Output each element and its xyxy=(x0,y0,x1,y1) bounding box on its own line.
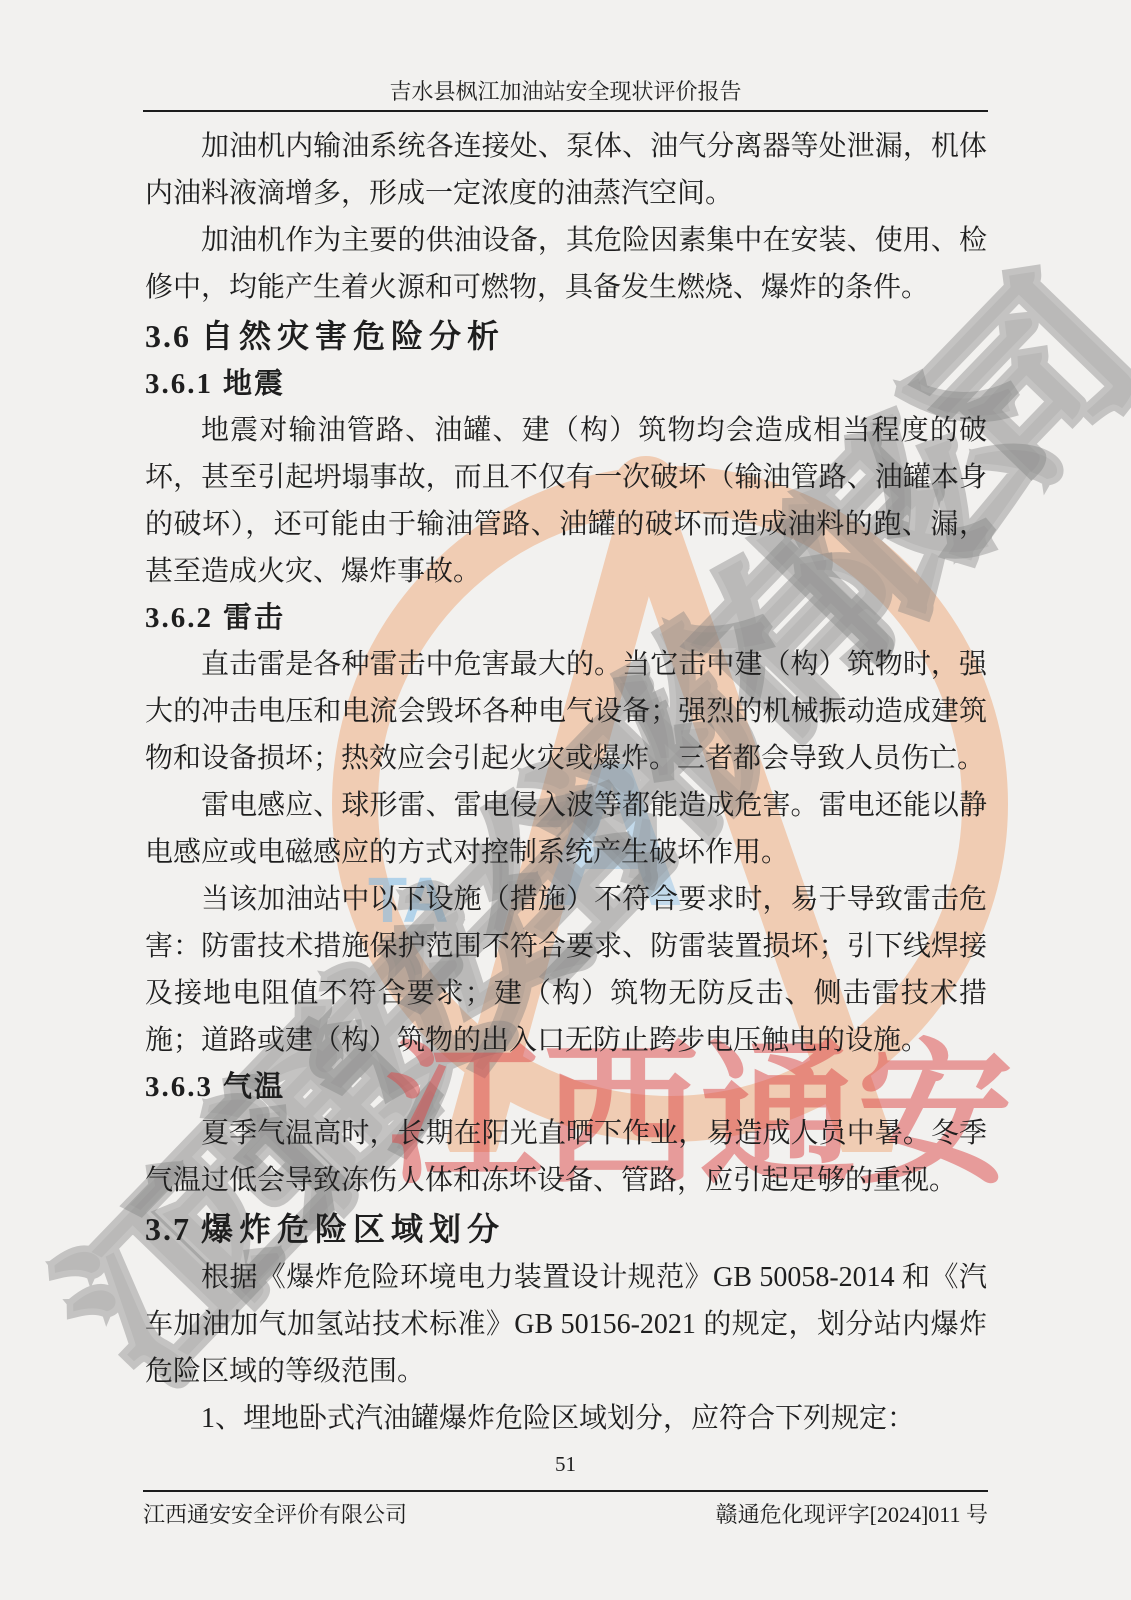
document-body: 加油机内输油系统各连接处、泵体、油气分离器等处泄漏，机体内油料液滴增多，形成一定… xyxy=(145,123,987,1442)
page-number: 51 xyxy=(0,1452,1131,1477)
paragraph: 1、埋地卧式汽油罐爆炸危险区域划分，应符合下列规定： xyxy=(145,1395,987,1442)
paragraph: 当该加油站中以下设施（措施）不符合要求时，易于导致雷击危害：防雷技术措施保护范围… xyxy=(145,876,987,1064)
heading-number: 3.6.2 xyxy=(145,602,213,634)
paragraph: 加油机内输油系统各连接处、泵体、油气分离器等处泄漏，机体内油料液滴增多，形成一定… xyxy=(145,123,987,217)
section-heading-3.6.1: 3.6.1地震 xyxy=(145,361,987,407)
heading-number: 3.6.1 xyxy=(145,368,213,400)
section-heading-3.6.2: 3.6.2雷击 xyxy=(145,595,987,641)
paragraph: 地震对输油管路、油罐、建（构）筑物均会造成相当程度的破坏，甚至引起坍塌事故，而且… xyxy=(145,407,987,595)
paragraph: 加油机作为主要的供油设备，其危险因素集中在安装、使用、检修中，均能产生着火源和可… xyxy=(145,217,987,311)
footer-company: 江西通安安全评价有限公司 xyxy=(143,1498,407,1529)
section-heading-3.7: 3.7爆炸危险区域划分 xyxy=(145,1204,987,1254)
page-footer: 江西通安安全评价有限公司 赣通危化现评字[2024]011 号 xyxy=(143,1490,988,1529)
heading-number: 3.7 xyxy=(145,1211,191,1247)
page-header-title: 吉水县枫江加油站安全现状评价报告 xyxy=(143,74,988,112)
section-heading-3.6: 3.6自然灾害危险分析 xyxy=(145,311,987,361)
heading-label: 雷击 xyxy=(223,602,285,634)
paragraph: 直击雷是各种雷击中危害最大的。当它击中建（构）筑物时，强大的冲击电压和电流会毁坏… xyxy=(145,641,987,782)
section-heading-3.6.3: 3.6.3气温 xyxy=(145,1064,987,1110)
paragraph: 根据《爆炸危险环境电力装置设计规范》GB 50058-2014 和《汽车加油加气… xyxy=(145,1254,987,1395)
paragraph: 夏季气温高时，长期在阳光直晒下作业，易造成人员中暑。冬季气温过低会导致冻伤人体和… xyxy=(145,1110,987,1204)
heading-label: 自然灾害危险分析 xyxy=(201,318,505,354)
text-layer: 吉水县枫江加油站安全现状评价报告 加油机内输油系统各连接处、泵体、油气分离器等处… xyxy=(0,0,1131,1600)
heading-label: 爆炸危险区域划分 xyxy=(201,1211,505,1247)
heading-number: 3.6 xyxy=(145,318,191,354)
heading-label: 地震 xyxy=(223,368,285,400)
heading-number: 3.6.3 xyxy=(145,1071,213,1103)
document-page: A TA 江西通安安全评价有限公司 江西通安 吉水县枫江加油站安全现状评价报告 … xyxy=(0,0,1131,1600)
heading-label: 气温 xyxy=(223,1071,285,1103)
paragraph: 雷电感应、球形雷、雷电侵入波等都能造成危害。雷电还能以静电感应或电磁感应的方式对… xyxy=(145,782,987,876)
footer-doc-number: 赣通危化现评字[2024]011 号 xyxy=(716,1498,988,1529)
